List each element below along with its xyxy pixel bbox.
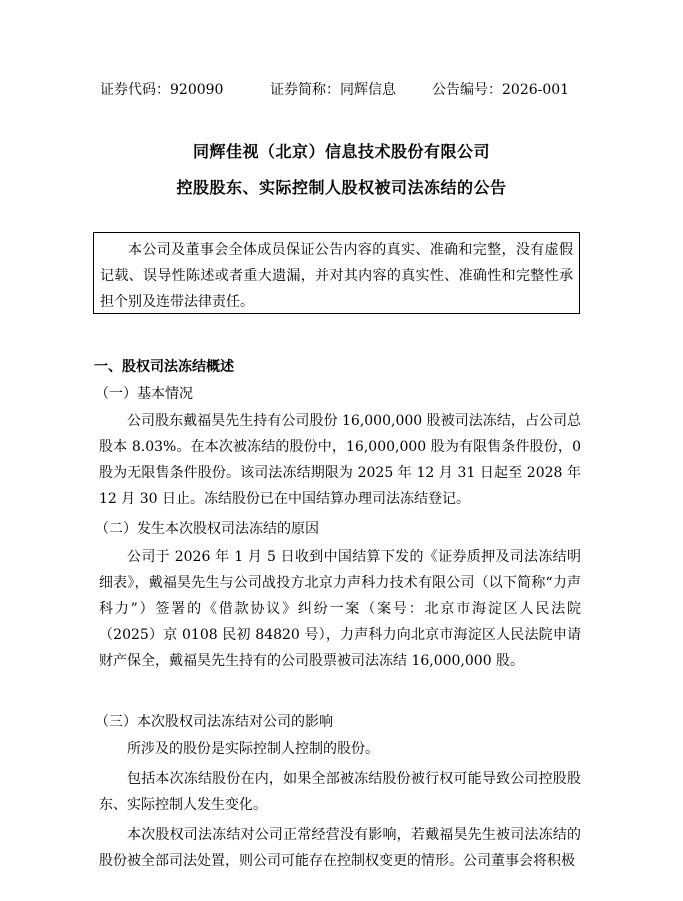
security-code: 证券代码：920090 xyxy=(100,80,223,100)
subsection-heading-basic-info: （一）基本情况 xyxy=(95,383,193,405)
section-heading-freeze-overview: 一、股权司法冻结概述 xyxy=(94,356,234,378)
security-abbreviation: 证券简称：同辉信息 xyxy=(270,80,396,100)
announcement-number: 公告编号：2026-001 xyxy=(432,80,569,100)
announcement-page: 证券代码：920090 证券简称：同辉信息 公告编号：2026-001 同辉佳视… xyxy=(0,0,683,901)
company-name-title: 同辉佳视（北京）信息技术股份有限公司 xyxy=(0,141,683,163)
subsection-heading-freeze-impact: （三）本次股权司法冻结对公司的影响 xyxy=(95,711,333,733)
subsection-heading-freeze-cause: （二）发生本次股权司法冻结的原因 xyxy=(95,518,319,540)
paragraph-freeze-cause: 公司于 2026 年 1 月 5 日收到中国结算下发的《证券质押及司法冻结明细表… xyxy=(99,544,581,674)
announcement-subject-title: 控股股东、实际控制人股权被司法冻结的公告 xyxy=(0,177,683,199)
board-guarantee-notice-box: 本公司及董事会全体成员保证公告内容的真实、准确和完整，没有虚假记载、误导性陈述或… xyxy=(93,232,580,314)
paragraph-impact-control-change: 包括本次冻结股份在内，如果全部被冻结股份被行权可能导致公司控股股东、实际控制人发… xyxy=(99,766,581,818)
paragraph-impact-operations: 本次股权司法冻结对公司正常经营没有影响，若戴福昊先生被司法冻结的股份被全部司法处… xyxy=(99,822,581,874)
board-guarantee-text: 本公司及董事会全体成员保证公告内容的真实、准确和完整，没有虚假记载、误导性陈述或… xyxy=(100,237,573,315)
paragraph-basic-info: 公司股东戴福昊先生持有公司股份 16,000,000 股被司法冻结，占公司总股本… xyxy=(99,408,581,512)
paragraph-impact-shares: 所涉及的股份是实际控制人控制的股份。 xyxy=(99,736,581,762)
